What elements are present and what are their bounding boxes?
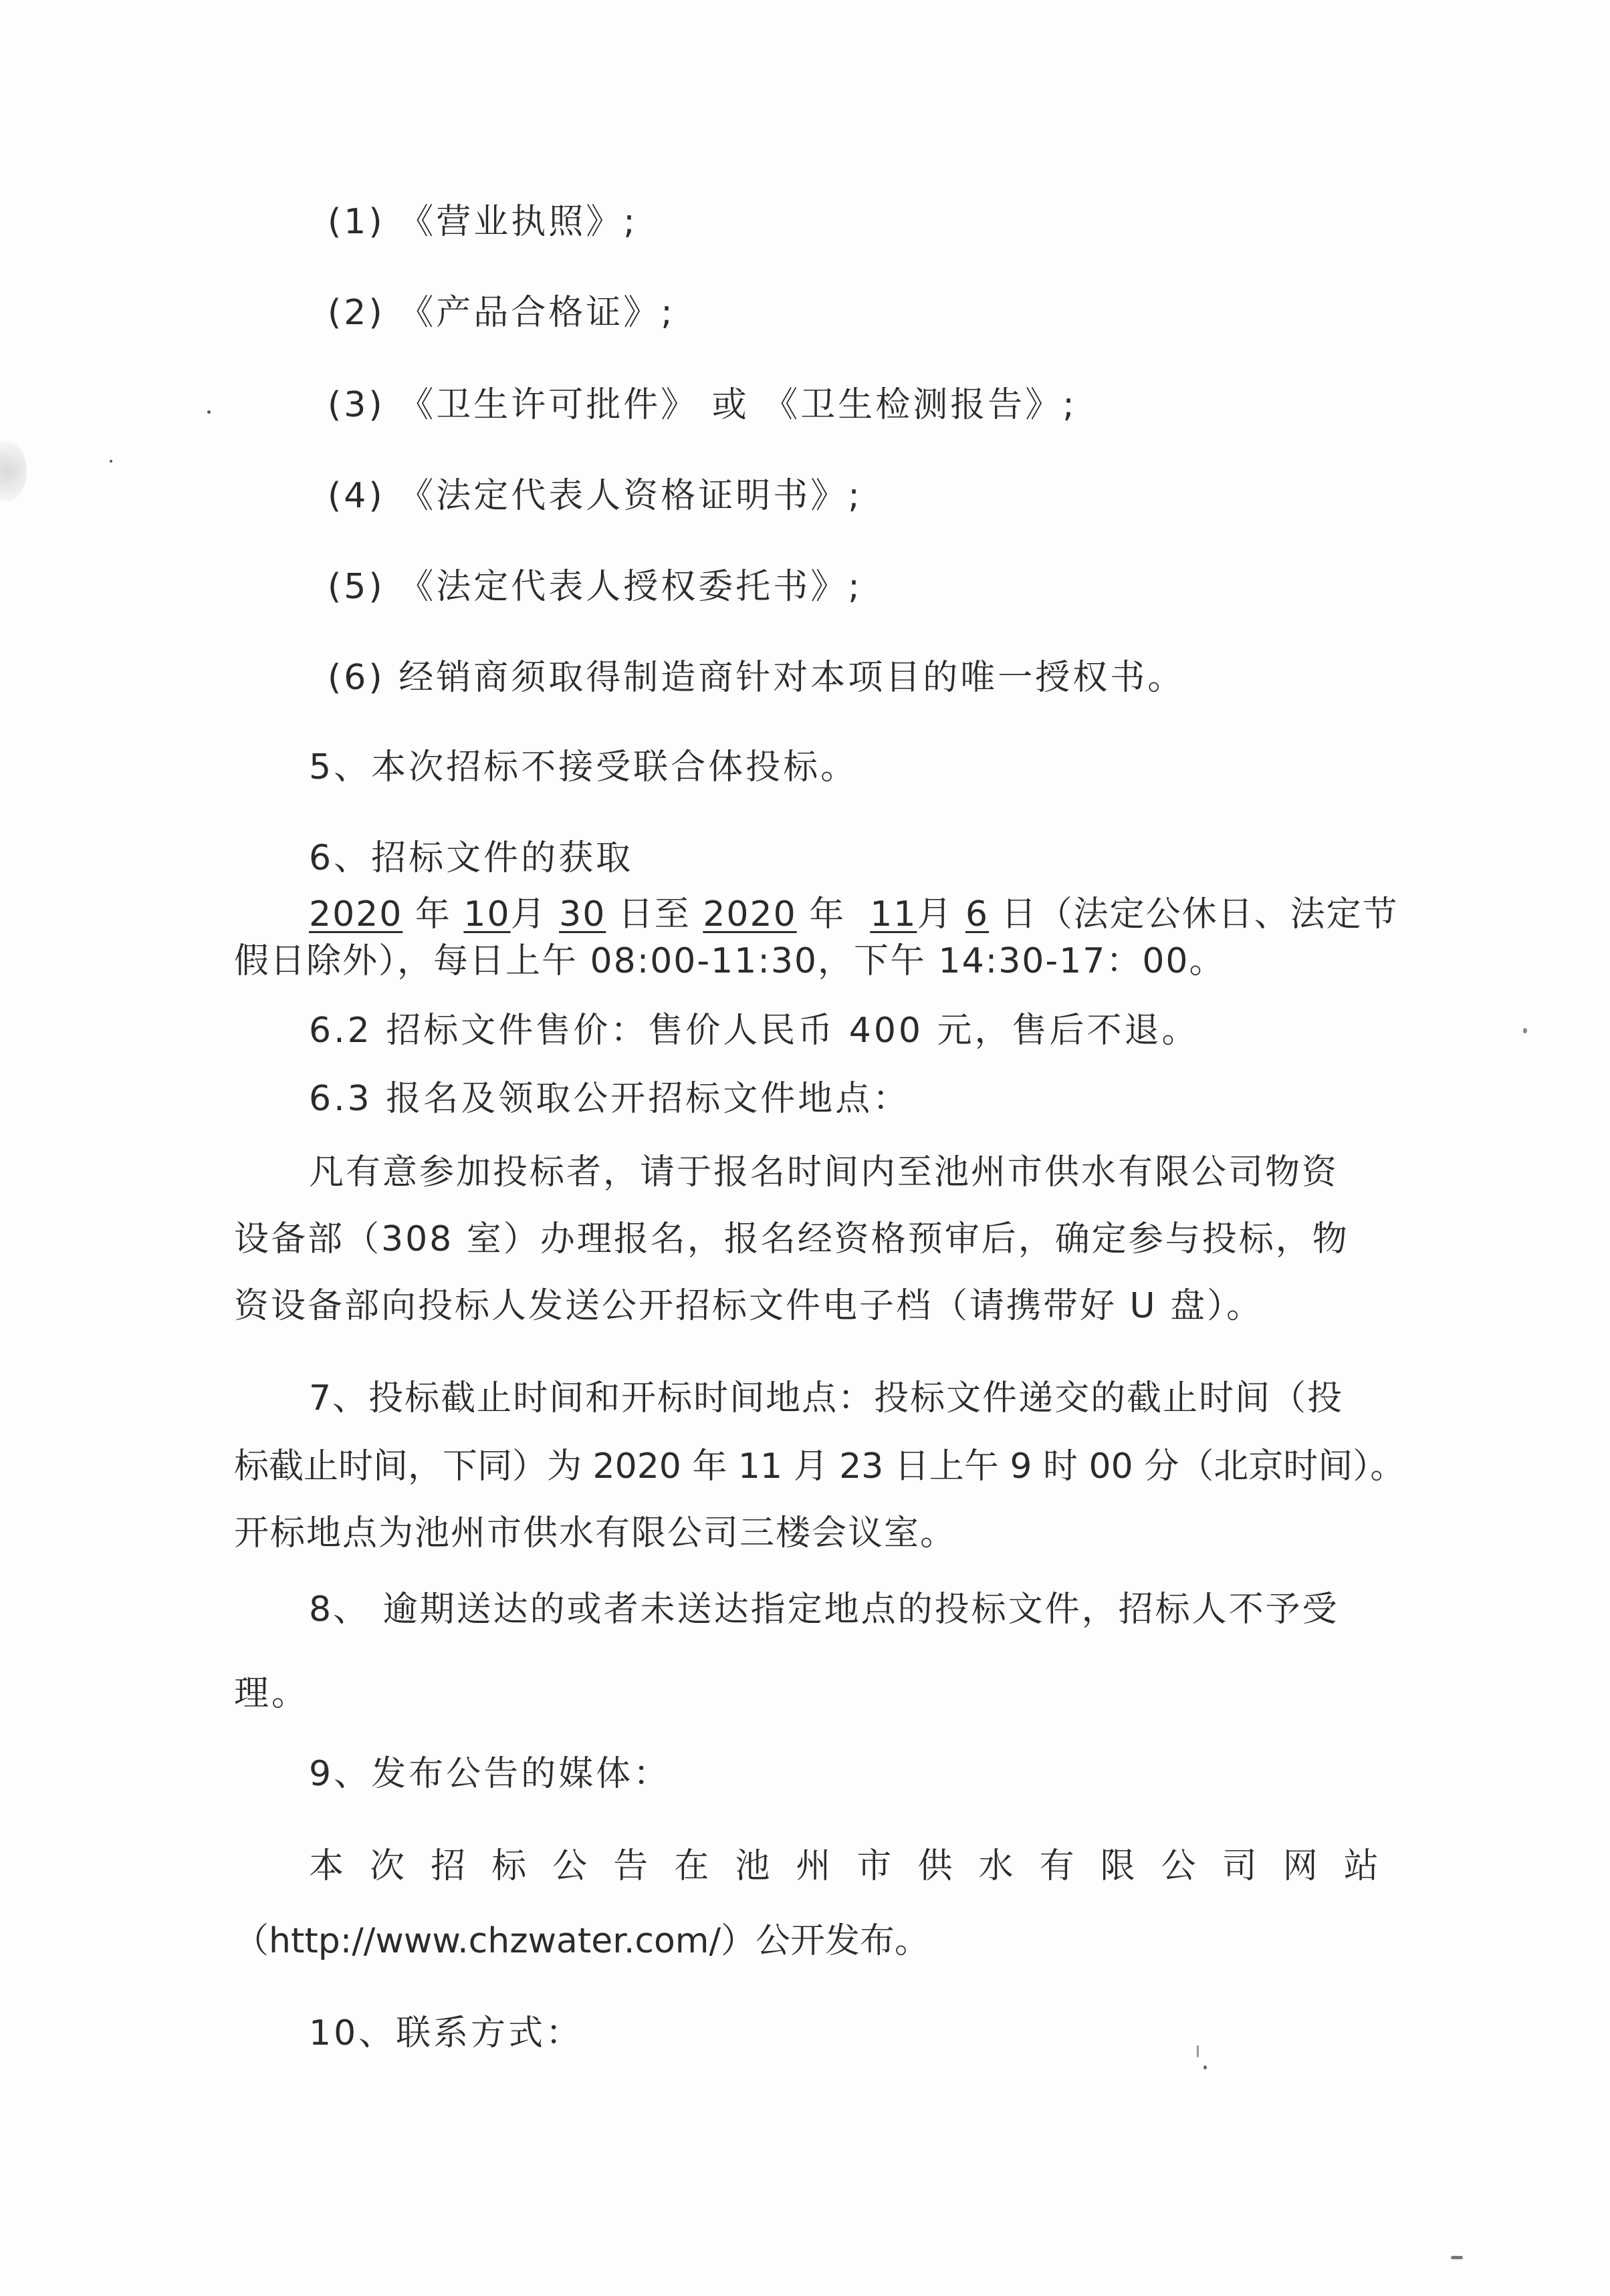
spaced-char: 本 (309, 1845, 344, 1888)
spaced-char: 市 (856, 1845, 891, 1888)
doc-item-text: 《法定代表人授权委托书》; (398, 567, 862, 607)
spaced-char: 供 (917, 1845, 952, 1888)
spaced-char: 告 (613, 1845, 648, 1888)
section-9-url-line: （http://www.chzwater.com/）公开发布。 (234, 1920, 929, 1962)
spaced-char: 水 (979, 1845, 1014, 1888)
doc-item-4: (4) 《法定代表人资格证明书》; (328, 475, 862, 517)
date-label: 年 (797, 894, 871, 934)
section-8-line-1: 8、 逾期送达的或者未送达指定地点的投标文件，招标人不予受 (309, 1588, 1339, 1631)
date-label: 日至 (606, 894, 703, 934)
section-6-location-line-2: 设备部（308 室）办理报名，报名经资格预审后，确定参与投标，物 (234, 1218, 1349, 1261)
spaced-char: 在 (674, 1845, 709, 1888)
doc-item-number: (3) (328, 385, 385, 425)
doc-item-number: (4) (328, 476, 385, 516)
doc-item-text: 《卫生许可批件》 或 《卫生检测报告》; (398, 385, 1077, 425)
section-9-spaced-line: 本 次 招 标 公 告 在 池 州 市 供 水 有 限 公 司 网 站 (309, 1845, 1379, 1888)
scan-dust (207, 410, 211, 414)
doc-item-6: (6) 经销商须取得制造商针对本项目的唯一授权书。 (328, 656, 1185, 699)
doc-item-text: 经销商须取得制造商针对本项目的唯一授权书。 (398, 658, 1185, 698)
section-6-date-line: 2020 年 10月 30 日至 2020 年 11月 6 日（法定公休日、法定… (309, 893, 1399, 936)
end-day: 6 (965, 894, 989, 934)
date-label: 日（法定公休日、法定节 (989, 894, 1399, 934)
doc-item-text: 《产品合格证》; (398, 293, 675, 333)
section-8-line-2: 理。 (234, 1672, 309, 1715)
doc-item-5: (5) 《法定代表人授权委托书》; (328, 565, 862, 608)
spaced-char: 池 (735, 1845, 770, 1888)
scan-dust (1523, 1028, 1527, 1033)
scan-dust (1197, 2045, 1199, 2057)
date-label: 月 (917, 894, 965, 934)
doc-item-3: (3) 《卫生许可批件》 或 《卫生检测报告》; (328, 384, 1077, 426)
scan-smudge (0, 441, 27, 501)
section-6-price: 6.2 招标文件售价：售价人民币 400 元，售后不退。 (309, 1009, 1199, 1052)
start-day: 30 (559, 894, 606, 934)
start-year: 2020 (309, 894, 402, 934)
doc-item-1: (1) 《营业执照》; (328, 201, 638, 243)
section-6-date-line-cont: 假日除外），每日上午 08:00-11:30，下午 14:30-17：00。 (234, 940, 1226, 983)
spaced-char: 有 (1040, 1845, 1074, 1888)
end-month: 11 (870, 894, 917, 934)
date-label: 月 (511, 894, 560, 934)
section-6-location-line-3: 资设备部向投标人发送公开招标文件电子档（请携带好 U 盘）。 (234, 1285, 1263, 1327)
date-label: 年 (402, 894, 463, 934)
doc-item-number: (2) (328, 293, 385, 333)
doc-item-number: (1) (328, 202, 385, 242)
spaced-char: 司 (1222, 1845, 1257, 1888)
spaced-char: 州 (796, 1845, 830, 1888)
start-month: 10 (463, 894, 510, 934)
scan-dust (110, 460, 112, 463)
doc-item-text: 《营业执照》; (398, 202, 638, 242)
section-7-line-3: 开标地点为池州市供水有限公司三楼会议室。 (234, 1512, 956, 1555)
section-6-heading: 6、招标文件的获取 (309, 837, 633, 880)
section-10-heading: 10、联系方式： (309, 2012, 583, 2055)
doc-item-text: 《法定代表人资格证明书》; (398, 476, 862, 516)
spaced-char: 标 (491, 1845, 526, 1888)
end-year: 2020 (703, 894, 796, 934)
section-6-location-heading: 6.3 报名及领取公开招标文件地点： (309, 1077, 910, 1120)
doc-item-number: (5) (328, 567, 385, 607)
spaced-char: 限 (1101, 1845, 1135, 1888)
section-7-line-1: 7、投标截止时间和开标时间地点：投标文件递交的截止时间（投 (309, 1377, 1343, 1420)
scanned-page: (1) 《营业执照》; (2) 《产品合格证》; (3) 《卫生许可批件》 或 … (0, 0, 1610, 2296)
doc-item-number: (6) (328, 658, 385, 698)
scan-dust (1451, 2256, 1463, 2259)
spaced-char: 网 (1283, 1845, 1318, 1888)
section-5-text: 5、本次招标不接受联合体投标。 (309, 746, 858, 789)
section-9-heading: 9、发布公告的媒体： (309, 1753, 671, 1795)
spaced-char: 公 (1161, 1845, 1196, 1888)
scan-dust (1203, 2065, 1207, 2069)
spaced-char: 公 (552, 1845, 587, 1888)
spaced-char: 站 (1344, 1845, 1379, 1888)
spaced-char: 招 (431, 1845, 465, 1888)
doc-item-2: (2) 《产品合格证》; (328, 291, 675, 334)
spaced-char: 次 (370, 1845, 405, 1888)
section-7-line-2: 标截止时间，下同）为 2020 年 11 月 23 日上午 9 时 00 分（北… (234, 1445, 1405, 1488)
section-6-location-line-1: 凡有意参加投标者，请于报名时间内至池州市供水有限公司物资 (309, 1151, 1339, 1194)
